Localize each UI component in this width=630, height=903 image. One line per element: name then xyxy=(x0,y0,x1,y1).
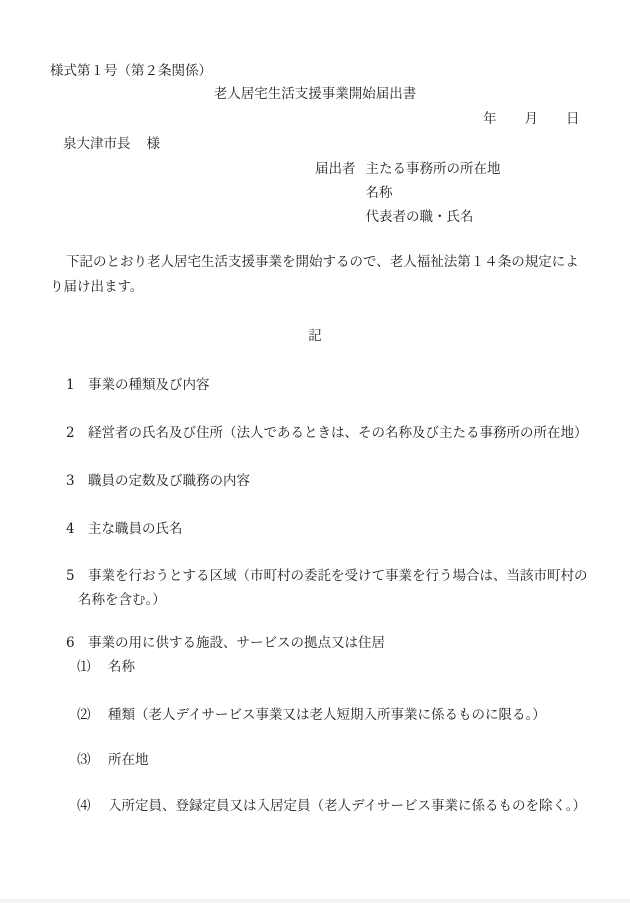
item-number: 6 xyxy=(66,631,88,655)
page-bottom-edge xyxy=(0,899,630,903)
list-item-3: 3職員の定数及び職務の内容 xyxy=(66,469,630,493)
document-title: 老人居宅生活支援事業開始届出書 xyxy=(0,83,630,106)
addressee-line: 泉大津市長 様 xyxy=(63,133,630,156)
item-number: 5 xyxy=(66,564,88,588)
sub-item-text: 種類（老人デイサービス事業又は老人短期入所事業に係るものに限る。） xyxy=(108,707,546,723)
list-item-2: 2経営者の氏名及び住所（法人であるときは、その名称及び主たる事務所の所在地） xyxy=(66,421,630,445)
sub-item-text: 所在地 xyxy=(108,752,149,768)
declarer-block: 届出者 主たる事務所の所在地 名称 代表者の職・氏名 xyxy=(315,157,630,229)
item-text: 事業の種類及び内容 xyxy=(88,377,210,393)
declarer-field-representative: 代表者の職・氏名 xyxy=(366,205,501,229)
item-number: 2 xyxy=(66,421,88,445)
item-number: 3 xyxy=(66,469,88,493)
document-page: 様式第１号（第２条関係） 老人居宅生活支援事業開始届出書 年 月 日 泉大津市長… xyxy=(0,0,630,903)
sub-item-number: ⑴ xyxy=(77,655,108,679)
item-text: 事業を行おうとする区域（市町村の委託を受けて事業を行う場合は、当該市町村の名称を… xyxy=(78,568,588,608)
list-item-4: 4主な職員の氏名 xyxy=(66,517,630,541)
list-item-6: 6事業の用に供する施設、サービスの拠点又は住居 xyxy=(66,631,630,655)
sub-item-number: ⑶ xyxy=(77,748,108,772)
sub-item-number: ⑵ xyxy=(77,703,108,727)
item-text: 事業の用に供する施設、サービスの拠点又は住居 xyxy=(88,635,385,651)
list-item-1: 1事業の種類及び内容 xyxy=(66,373,630,397)
sub-item-4: ⑷入所定員、登録定員又は入居定員（老人デイサービス事業に係るものを除く。） xyxy=(77,794,630,818)
list-header-ki: 記 xyxy=(0,324,630,348)
item-number: 4 xyxy=(66,517,88,541)
item-number: 1 xyxy=(66,373,88,397)
sub-item-number: ⑷ xyxy=(77,794,108,818)
sub-item-2: ⑵種類（老人デイサービス事業又は老人短期入所事業に係るものに限る。） xyxy=(77,703,630,727)
declarer-field-name: 名称 xyxy=(366,181,501,205)
sub-item-3: ⑶所在地 xyxy=(77,748,630,772)
declarer-fields: 主たる事務所の所在地 名称 代表者の職・氏名 xyxy=(366,157,501,229)
list-item-5: 5事業を行おうとする区域（市町村の委託を受けて事業を行う場合は、当該市町村の名称… xyxy=(66,564,594,612)
date-year-label: 年 xyxy=(483,108,497,131)
declarer-field-office-address: 主たる事務所の所在地 xyxy=(366,157,501,181)
addressee-honorific: 様 xyxy=(147,133,161,156)
sub-item-1: ⑴名称 xyxy=(77,655,630,679)
date-month-label: 月 xyxy=(525,108,539,131)
sub-item-text: 名称 xyxy=(108,659,135,675)
declarer-label: 届出者 xyxy=(315,157,356,181)
sub-item-text: 入所定員、登録定員又は入居定員（老人デイサービス事業に係るものを除く。） xyxy=(108,798,586,814)
item-text: 主な職員の氏名 xyxy=(88,521,183,537)
item-text: 職員の定数及び職務の内容 xyxy=(88,473,250,489)
addressee-name: 泉大津市長 xyxy=(63,133,131,156)
date-day-label: 日 xyxy=(566,108,580,131)
date-line: 年 月 日 xyxy=(483,108,630,131)
form-number: 様式第１号（第２条関係） xyxy=(50,60,630,83)
item-text: 経営者の氏名及び住所（法人であるときは、その名称及び主たる事務所の所在地） xyxy=(88,425,588,441)
body-paragraph: 下記のとおり老人居宅生活支援事業を開始するので、老人福祉法第１４条の規定により届… xyxy=(50,250,583,300)
